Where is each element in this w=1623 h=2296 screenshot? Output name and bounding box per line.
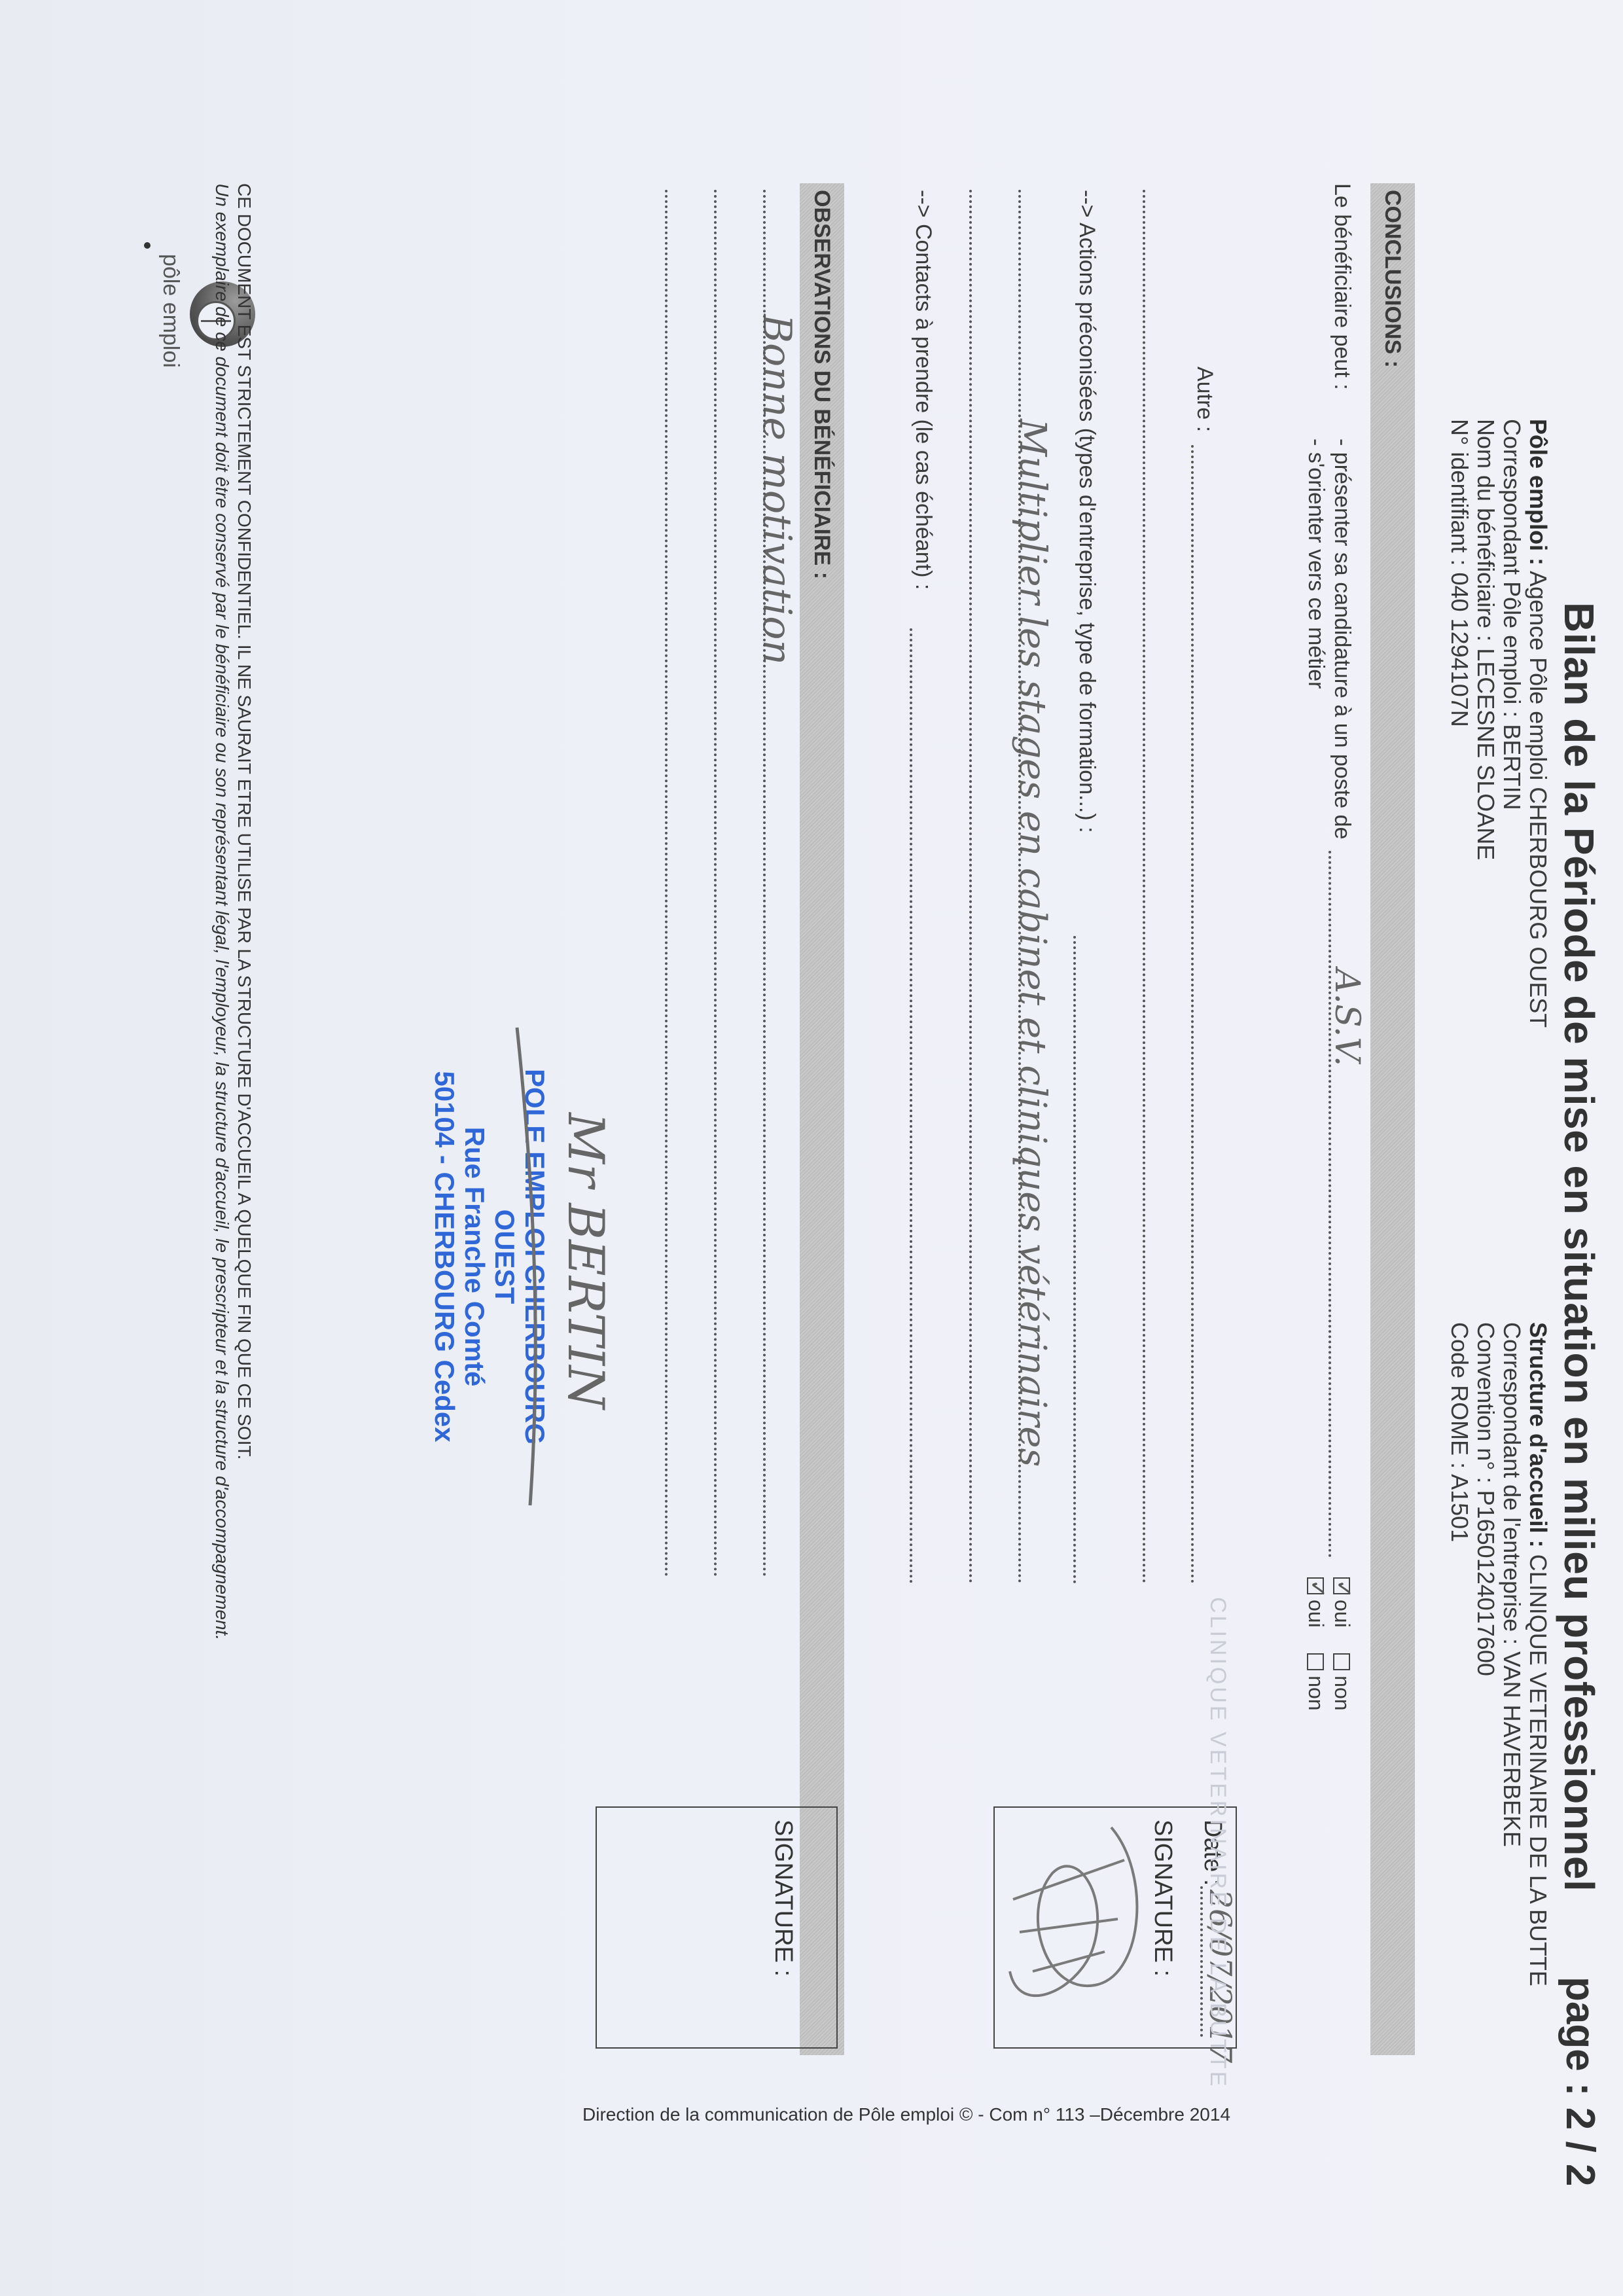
other-label: Autre : [1192, 367, 1217, 432]
bullet-dot-icon [144, 242, 151, 249]
actions-value[interactable]: Multiplier les stages en cabinet et clin… [1011, 419, 1054, 1467]
agency-line: Pôle emploi : Agence Pôle emploi CHERBOU… [1525, 419, 1551, 1028]
logo-text: pôle emploi [158, 236, 183, 386]
other-field[interactable] [1191, 445, 1194, 1584]
beneficiary-line: Nom du bénéficiaire : LECESNE SLOANE [1472, 419, 1499, 1028]
company-correspondent-value: VAN HAVERBEKE [1499, 1651, 1525, 1847]
structure-signature-scribble-icon [1000, 1821, 1150, 2037]
option-orient-label: - s'orienter vers ce métier [1303, 439, 1329, 689]
rome-line: Code ROME : A1501 [1446, 1322, 1472, 1986]
structure-value: CLINIQUE VETERINAIRE DE LA BUTTE [1525, 1554, 1552, 1986]
stamp-line-2: Rue Franche Comté [459, 1021, 490, 1492]
correspondent-value: BERTIN [1499, 724, 1525, 810]
orient-choice: oui non [1303, 1577, 1329, 1731]
observations-line-3 [665, 190, 668, 1577]
convention-value: P1650124017600 [1472, 1490, 1499, 1676]
structure-signature-label: SIGNATURE : [1149, 1820, 1177, 1977]
confidential-line: CE DOCUMENT EST STRICTEMENT CONFIDENTIEL… [233, 183, 255, 1950]
apply-position-value[interactable]: A.S.V. [1327, 969, 1366, 1066]
copy-notice-line: Un exemplaire de ce document doit être c… [211, 183, 233, 1950]
apply-oui-checkbox[interactable] [1333, 1577, 1350, 1594]
document-title: Bilan de la Période de mise en situation… [1555, 602, 1603, 1892]
observations-header: OBSERVATIONS DU BÉNÉFICIAIRE : [800, 183, 844, 2055]
contacts-field[interactable] [910, 628, 912, 1584]
pole-emploi-info: Pôle emploi : Agence Pôle emploi CHERBOU… [1446, 419, 1551, 1028]
credit-line: Direction de la communication de Pôle em… [582, 2104, 1230, 2125]
company-correspondent-line: Correspondant de l'entreprise : VAN HAVE… [1499, 1322, 1525, 1986]
observations-line-2 [714, 190, 717, 1577]
identifier-value: 040 1294107N [1446, 573, 1473, 727]
beneficiary-signature-box[interactable]: SIGNATURE : [596, 1806, 838, 2049]
structure-info: Structure d'accueil : CLINIQUE VETERINAI… [1446, 1322, 1551, 1986]
other-field-line-2[interactable] [1143, 190, 1145, 1584]
conclusions-header: CONCLUSIONS : [1370, 183, 1415, 2055]
actions-line-2 [1018, 190, 1021, 1584]
agency-value: Agence Pôle emploi CHERBOURG OUEST [1525, 571, 1552, 1028]
faint-clinic-stamp: CLINIQUE VETERINAIRE DE LA BUTTE [1205, 1597, 1230, 2089]
identifier-line: N° identifiant : 040 1294107N [1446, 419, 1472, 1028]
apply-dotted-line [1329, 851, 1331, 1558]
apply-non-checkbox[interactable] [1333, 1653, 1350, 1670]
page-number: page : 2 / 2 [1557, 1977, 1603, 2186]
option-apply-label: - présenter sa candidature à un poste de [1329, 439, 1355, 839]
convention-line: Convention n° : P1650124017600 [1472, 1322, 1499, 1986]
confidentiality-notice: CE DOCUMENT EST STRICTEMENT CONFIDENTIEL… [211, 183, 255, 1950]
structure-line: Structure d'accueil : CLINIQUE VETERINAI… [1525, 1322, 1551, 1986]
actions-line-3 [969, 190, 972, 1584]
apply-choice: oui non [1329, 1577, 1355, 1731]
actions-dotted-line [1073, 936, 1076, 1584]
contacts-label: --> Contacts à prendre (le cas échéant) … [910, 190, 936, 590]
orient-oui-checkbox[interactable] [1307, 1577, 1324, 1594]
signature-stroke-icon [510, 1021, 641, 1518]
beneficiary-signature-label: SIGNATURE : [769, 1820, 797, 1977]
structure-signature-box[interactable]: Date : 26/07/2017 SIGNATURE : [993, 1806, 1237, 2049]
beneficiary-can-label: Le bénéficiaire peut : [1329, 183, 1355, 390]
orient-non-checkbox[interactable] [1307, 1653, 1324, 1670]
observations-value[interactable]: Bonne motivation [754, 314, 800, 665]
correspondent-line: Correspondant Pôle emploi : BERTIN [1499, 419, 1525, 1028]
stamp-line-3: 50104 - CHERBOURG Cedex [429, 1021, 459, 1492]
rome-value: A1501 [1446, 1474, 1473, 1542]
beneficiary-value: LECESNE SLOANE [1472, 648, 1499, 860]
actions-label: --> Actions préconisées (types d'entrepr… [1074, 190, 1099, 833]
observations-line-1 [763, 190, 766, 1577]
document-page: pôle emploi Bilan de la Période de mise … [0, 0, 1623, 2296]
